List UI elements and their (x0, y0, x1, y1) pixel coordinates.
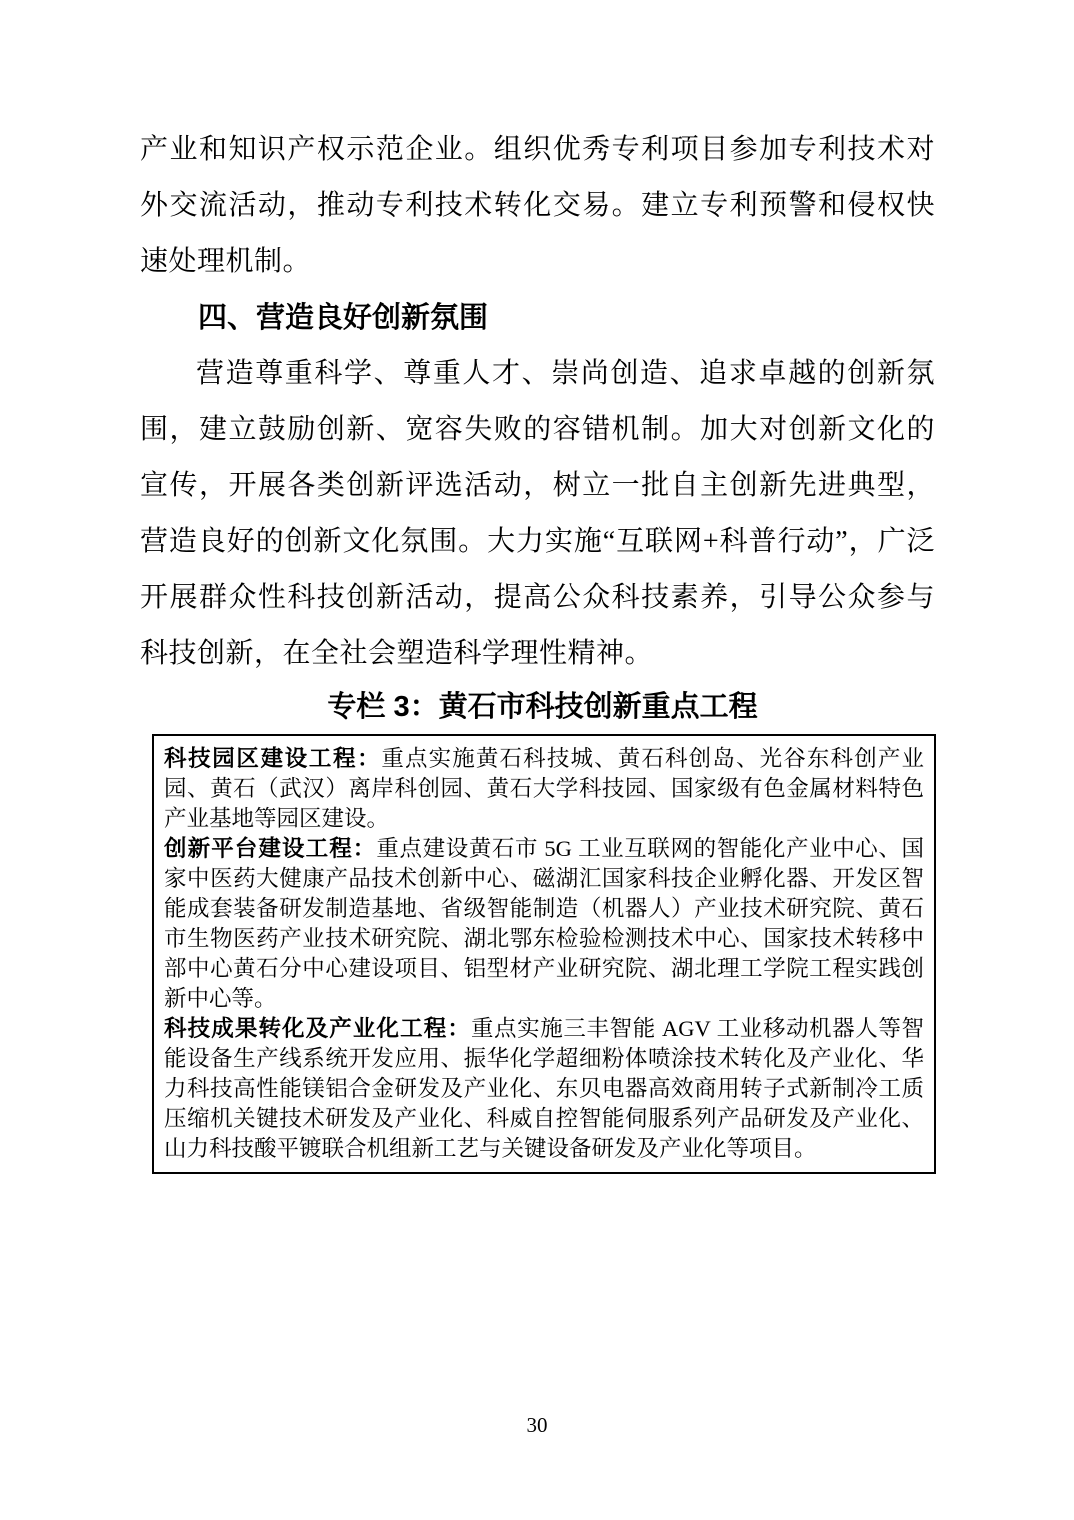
box-section-industrialization-label: 科技成果转化及产业化工程： (164, 1016, 471, 1041)
box-section-platforms-label: 创新平台建设工程： (164, 836, 376, 861)
paragraph-innovation-atmosphere: 营造尊重科学、尊重人才、崇尚创造、追求卓越的创新氛围，建立鼓励创新、宽容失败的容… (140, 346, 935, 682)
box-section-parks: 科技园区建设工程：重点实施黄石科技城、黄石科创岛、光谷东科创产业园、黄石（武汉）… (164, 744, 924, 834)
section-heading-four: 四、营造良好创新氛围 (140, 290, 935, 346)
document-page: 产业和知识产权示范企业。组织优秀专利项目参加专利技术对外交流活动，推动专利技术转… (0, 0, 1074, 1520)
box-section-industrialization: 科技成果转化及产业化工程：重点实施三丰智能 AGV 工业移动机器人等智能设备生产… (164, 1014, 924, 1164)
box-section-parks-label: 科技园区建设工程： (164, 746, 381, 771)
page-content: 产业和知识产权示范企业。组织优秀专利项目参加专利技术对外交流活动，推动专利技术转… (140, 122, 935, 1174)
key-projects-box: 科技园区建设工程：重点实施黄石科技城、黄石科创岛、光谷东科创产业园、黄石（武汉）… (152, 734, 936, 1174)
paragraph-patent-work: 产业和知识产权示范企业。组织优秀专利项目参加专利技术对外交流活动，推动专利技术转… (140, 122, 935, 290)
page-number: 30 (0, 1413, 1074, 1438)
column-box-title: 专栏 3：黄石市科技创新重点工程 (150, 684, 935, 730)
box-section-platforms: 创新平台建设工程：重点建设黄石市 5G 工业互联网的智能化产业中心、国家中医药大… (164, 834, 924, 1014)
box-section-platforms-text: 重点建设黄石市 5G 工业互联网的智能化产业中心、国家中医药大健康产品技术创新中… (164, 836, 924, 1011)
